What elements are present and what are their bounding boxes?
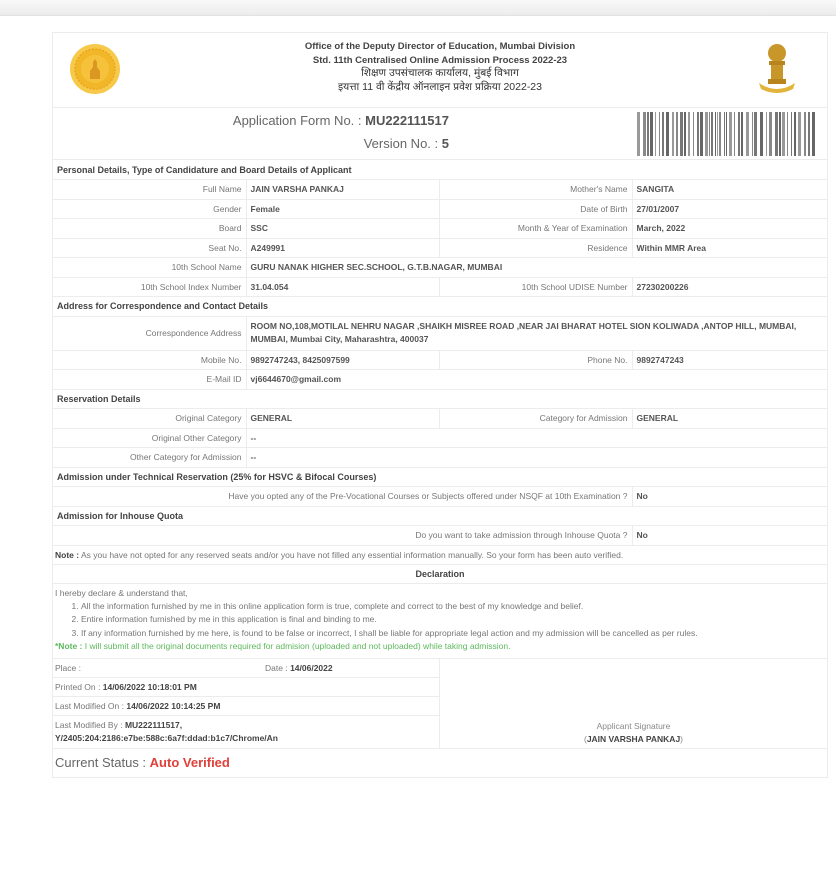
last-modified-by-value: MU222111517, — [125, 720, 182, 730]
version-number: 5 — [442, 136, 449, 151]
footer-info: Place : Date : 14/06/2022 Printed On : 1… — [53, 659, 440, 748]
section-inhouse: Admission for Inhouse Quota — [53, 506, 827, 526]
seat-value: A249991 — [246, 238, 439, 258]
application-form: Office of the Deputy Director of Educati… — [52, 32, 828, 778]
residence-value: Within MMR Area — [632, 238, 827, 258]
details-table: Personal Details, Type of Candidature an… — [53, 160, 827, 546]
process-title: Std. 11th Centralised Online Admission P… — [53, 54, 827, 68]
mother-name-value: SANGITA — [632, 180, 827, 200]
section-personal: Personal Details, Type of Candidature an… — [53, 160, 827, 180]
office-title: Office of the Deputy Director of Educati… — [53, 40, 827, 54]
dob-value: 27/01/2007 — [632, 199, 827, 219]
school-value: GURU NANAK HIGHER SEC.SCHOOL, G.T.B.NAGA… — [246, 258, 827, 278]
last-modified-on-row: Last Modified On : 14/06/2022 10:14:25 P… — [53, 697, 439, 716]
phone-value: 9892747243 — [632, 350, 827, 370]
browser-top-bar — [0, 0, 836, 16]
place-date-row: Place : Date : 14/06/2022 — [53, 659, 439, 678]
office-title-marathi: शिक्षण उपसंचालक कार्यालय, मुंबई विभाग — [53, 67, 827, 81]
table-row: E-Mail ID vj6644670@gmail.com — [53, 370, 827, 390]
declaration-body: I hereby declare & understand that, All … — [53, 584, 827, 659]
printed-on-value: 14/06/2022 10:18:01 PM — [103, 682, 197, 692]
table-row: Gender Female Date of Birth 27/01/2007 — [53, 199, 827, 219]
application-number: MU222111517 — [365, 113, 449, 128]
technical-answer: No — [632, 487, 827, 507]
table-row: Original Category GENERAL Category for A… — [53, 409, 827, 429]
printed-on-row: Printed On : 14/06/2022 10:18:01 PM — [53, 678, 439, 697]
section-address: Address for Correspondence and Contact D… — [53, 297, 827, 317]
table-row: Original Other Category -- — [53, 428, 827, 448]
table-row: Seat No. A249991 Residence Within MMR Ar… — [53, 238, 827, 258]
exam-value: March, 2022 — [632, 219, 827, 239]
table-row: 10th School Index Number 31.04.054 10th … — [53, 277, 827, 297]
udise-value: 27230200226 — [632, 277, 827, 297]
documents-note: *Note : I will submit all the original d… — [55, 640, 825, 653]
form-number-block: Application Form No. : MU222111517 Versi… — [53, 108, 827, 160]
other-category-admission-value: -- — [246, 448, 827, 468]
header-text: Office of the Deputy Director of Educati… — [53, 40, 827, 94]
status-badge: Auto Verified — [150, 755, 230, 770]
section-technical: Admission under Technical Reservation (2… — [53, 467, 827, 487]
table-row: Board SSC Month & Year of Examination Ma… — [53, 219, 827, 239]
table-row: Full Name JAIN VARSHA PANKAJ Mother's Na… — [53, 180, 827, 200]
original-other-category-value: -- — [246, 428, 827, 448]
barcode — [637, 112, 817, 156]
auto-verified-note: Note : As you have not opted for any res… — [53, 546, 827, 565]
address-value: ROOM NO,108,MOTILAL NEHRU NAGAR ,SHAIKH … — [246, 316, 827, 350]
table-row: Correspondence Address ROOM NO,108,MOTIL… — [53, 316, 827, 350]
last-modified-by-agent: Y/2405:204:2186:e7be:588c:6a7f:ddad:b1c7… — [55, 733, 278, 743]
gender-value: Female — [246, 199, 439, 219]
declaration-item: If any information furnished by me here,… — [81, 627, 825, 640]
declaration-title: Declaration — [53, 565, 827, 584]
applicant-signature: Applicant Signature (JAIN VARSHA PANKAJ) — [440, 720, 827, 746]
declaration-item: Entire information furnished by me in th… — [81, 613, 825, 626]
version-no: Version No. : 5 — [364, 136, 449, 151]
signature-box: Applicant Signature (JAIN VARSHA PANKAJ) — [440, 659, 827, 748]
board-value: SSC — [246, 219, 439, 239]
application-form-no: Application Form No. : MU222111517 — [233, 113, 449, 128]
inhouse-answer: No — [632, 526, 827, 546]
date-value: 14/06/2022 — [290, 663, 333, 673]
mobile-value: 9892747243, 8425097599 — [246, 350, 439, 370]
last-modified-on-value: 14/06/2022 10:14:25 PM — [126, 701, 220, 711]
section-reservation: Reservation Details — [53, 389, 827, 409]
declaration-item: All the information furnished by me in t… — [81, 600, 825, 613]
current-status: Current Status : Auto Verified — [53, 749, 827, 777]
last-modified-by-row: Last Modified By : MU222111517, Y/2405:2… — [53, 716, 439, 748]
process-title-marathi: इयत्ता 11 वी केंद्रीय ऑनलाइन प्रवेश प्रक… — [53, 81, 827, 95]
signature-name: JAIN VARSHA PANKAJ — [587, 734, 680, 744]
admission-category-value: GENERAL — [632, 409, 827, 429]
email-value: vj6644670@gmail.com — [246, 370, 827, 390]
index-value: 31.04.054 — [246, 277, 439, 297]
form-header: Office of the Deputy Director of Educati… — [53, 33, 827, 108]
table-row: 10th School Name GURU NANAK HIGHER SEC.S… — [53, 258, 827, 278]
full-name-value: JAIN VARSHA PANKAJ — [246, 180, 439, 200]
ashoka-emblem-icon — [755, 41, 799, 97]
table-row: Have you opted any of the Pre-Vocational… — [53, 487, 827, 507]
footer-block: Place : Date : 14/06/2022 Printed On : 1… — [53, 659, 827, 749]
table-row: Mobile No. 9892747243, 8425097599 Phone … — [53, 350, 827, 370]
original-category-value: GENERAL — [246, 409, 439, 429]
table-row: Other Category for Admission -- — [53, 448, 827, 468]
table-row: Do you want to take admission through In… — [53, 526, 827, 546]
